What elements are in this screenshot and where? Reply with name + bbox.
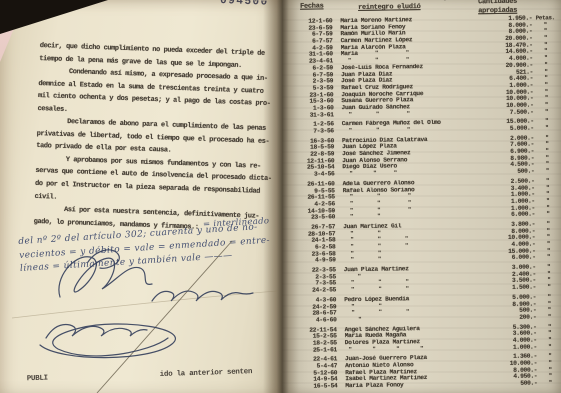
signature-main [59,257,152,297]
row-name: " " " [342,110,488,119]
signature-flourish-right [152,291,253,301]
row-currency-ditto: " [537,380,561,387]
row-amount: 5.000.- [488,125,534,132]
row-amount: 1.500.- [490,285,536,292]
row-amount: 200.- [490,314,536,321]
row-amount: 500.- [488,169,534,176]
row-name: " [344,315,490,324]
row-currency-ditto: " [535,211,561,218]
publication-right-fragment: ido la anterior senten [160,368,253,379]
reintegros-table: 12-1-60María Moreno Martínez1.950.-Petas… [282,15,561,391]
row-name: " " [344,256,490,265]
row-name: " " " " [345,345,491,354]
right-page: Fechas Nombre de titulares cuyo reintegr… [282,0,561,393]
row-name: " " [343,212,489,221]
row-amount: 7.500.- [488,109,534,116]
row-amount: 1.000.- [491,344,537,351]
row-currency-ditto: " [537,344,561,351]
left-page: 094500 decir, que dicho cumplimiento no … [0,0,282,393]
row-name: María Plaza Fonoy [345,381,491,390]
row-currency-ditto: " [536,314,561,321]
column-header-names-line2: reintegro eludió [358,3,421,12]
row-amount: 500.- [491,381,537,388]
signature-second [46,325,147,338]
page-crease-line [12,291,278,318]
document-photo: 094500 decir, que dicho cumplimiento no … [0,0,561,393]
row-name: " " " [344,285,490,294]
row-currency-ditto: " [534,168,560,175]
table-row: 16-5-54María Plaza Fonoy500.-" [287,380,561,391]
ledger-content: Fechas Nombre de titulares cuyo reintegr… [282,0,561,393]
row-currency-ditto: " [536,254,561,261]
row-currency-ditto: " [534,109,560,116]
signature-second-loop [40,324,175,358]
row-currency-ditto: " [534,125,560,132]
signatures-overlay [0,0,282,393]
column-header-fechas: Fechas [300,2,324,10]
row-name: " " " [342,169,488,178]
book-gutter-shadow [263,0,299,393]
row-amount: 6.000.- [490,255,536,262]
column-header-amounts-line1: Cantidades [478,0,517,6]
publication-left-fragment: PUBLI [27,375,48,384]
row-amount: 6.000.- [489,212,535,219]
row-currency-ditto: " [536,284,561,291]
row-name: " " " [342,126,488,135]
